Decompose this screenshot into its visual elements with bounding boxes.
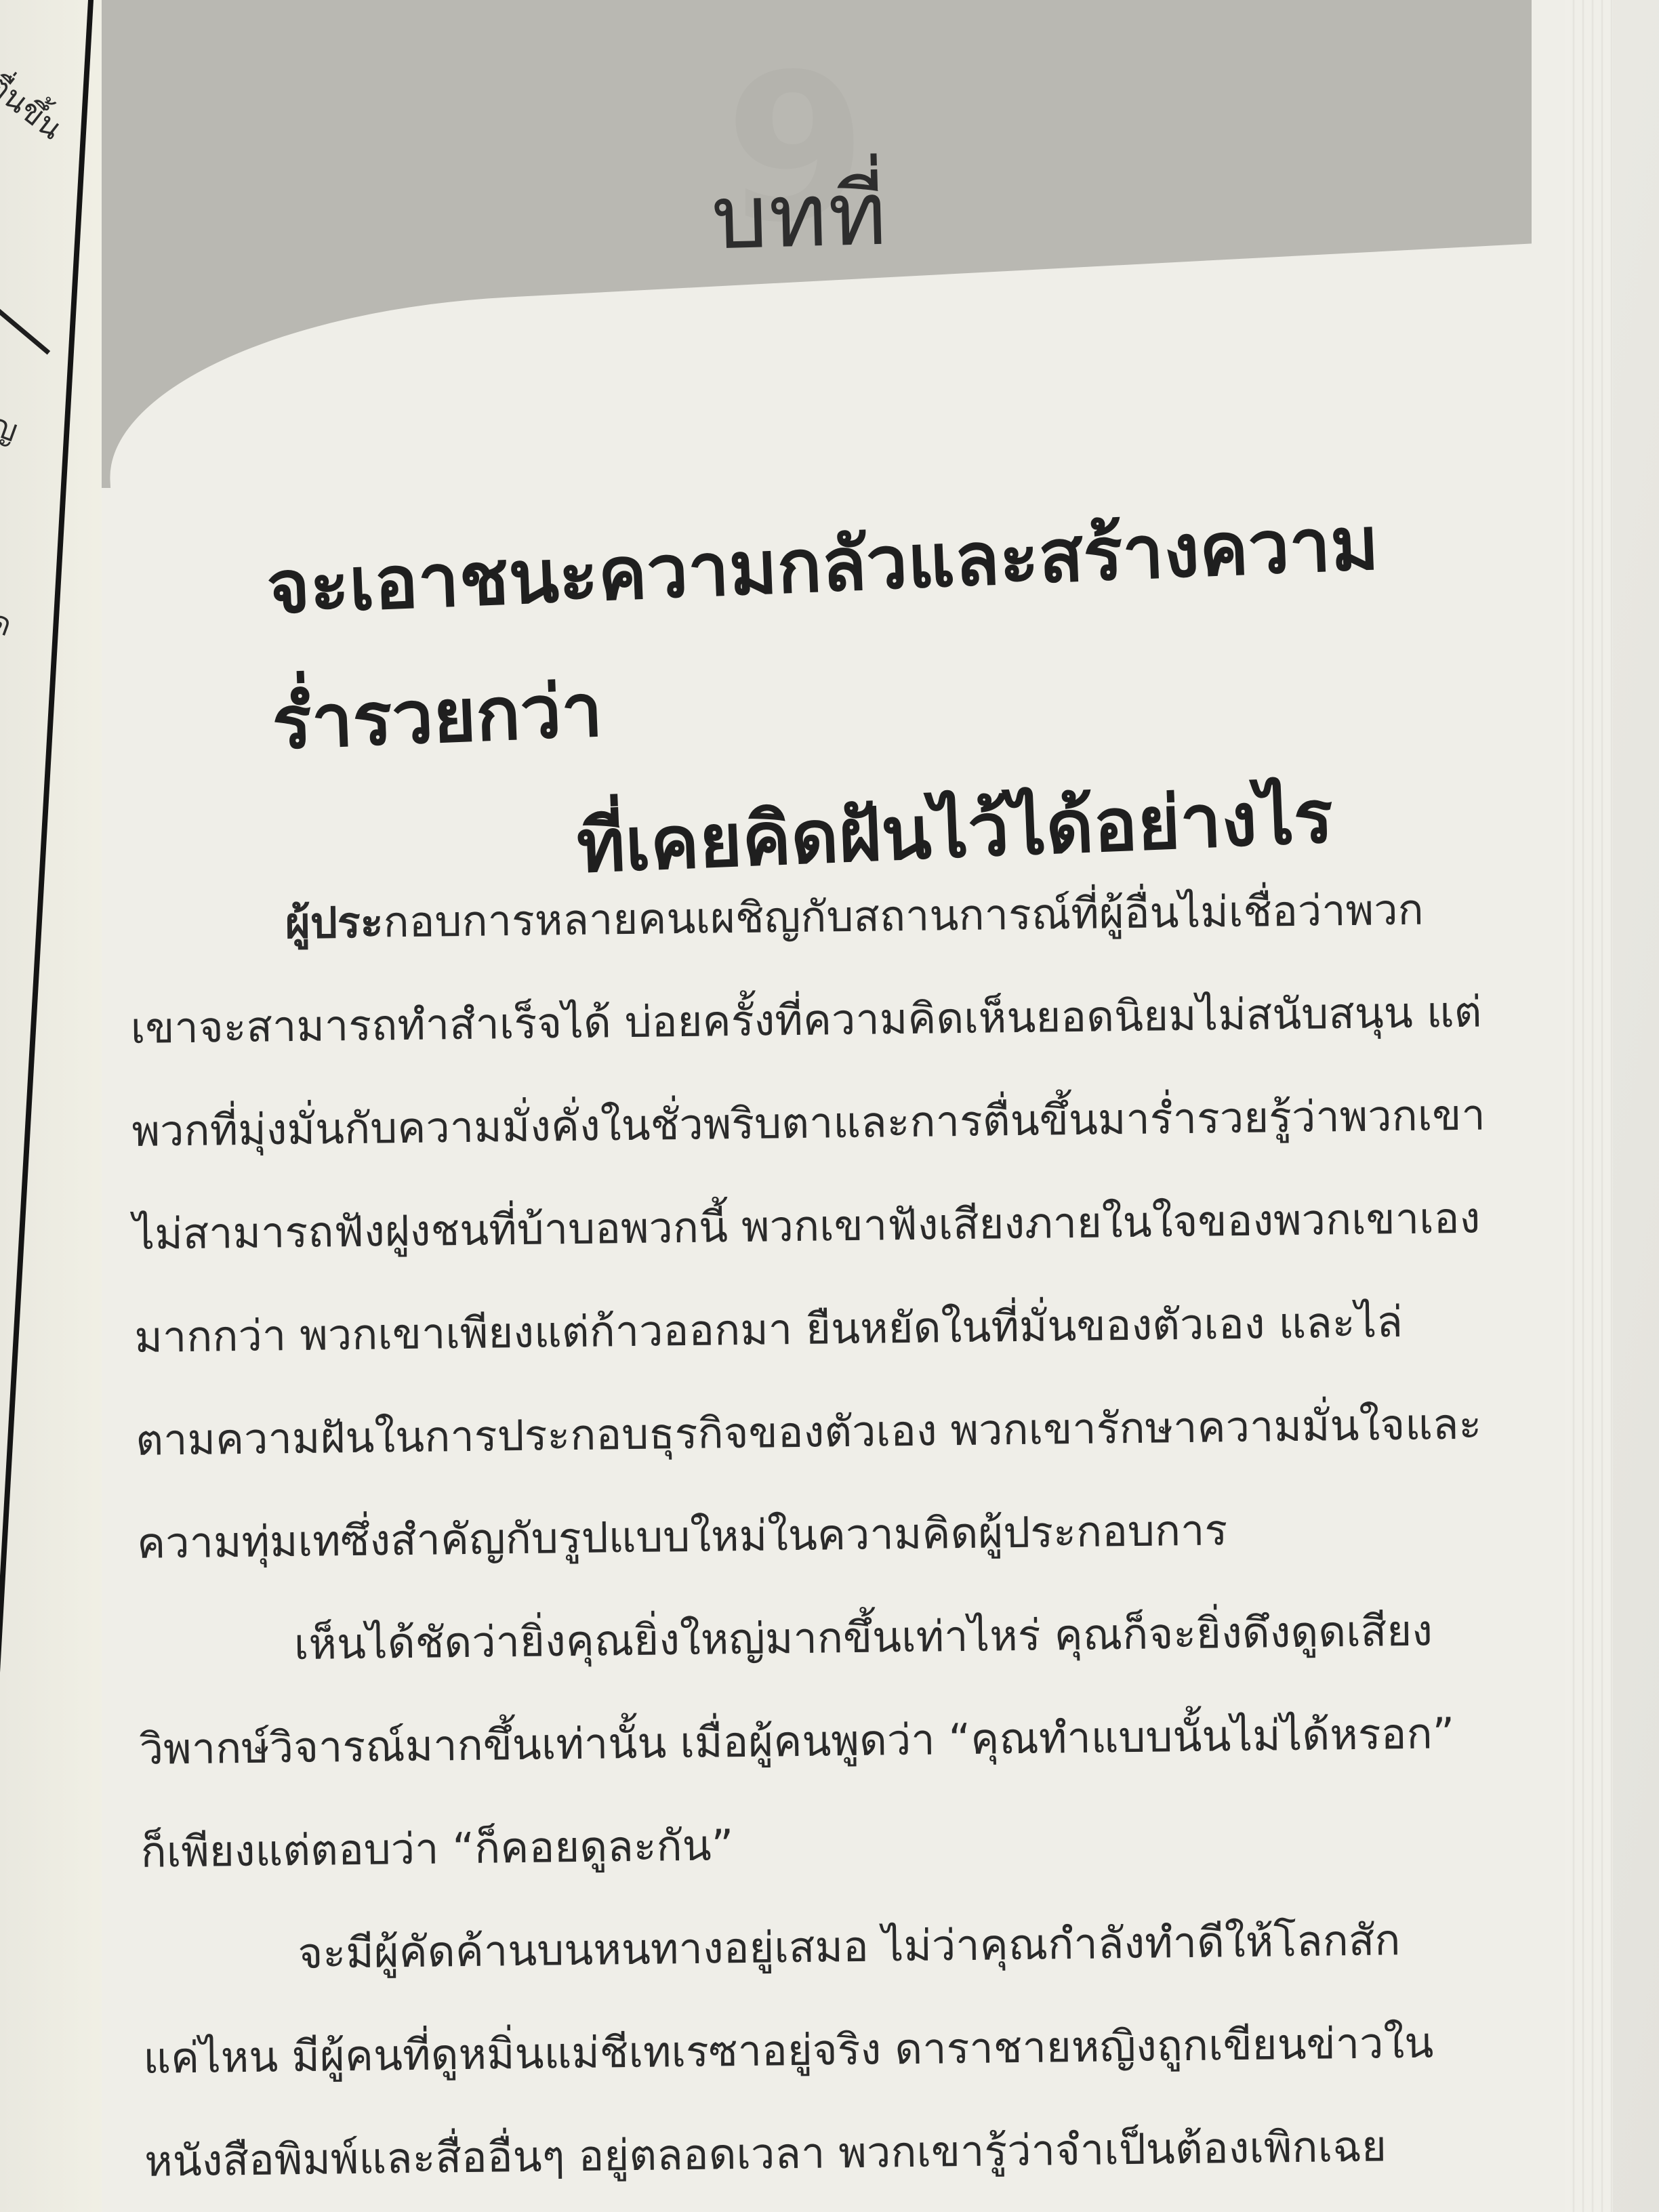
book-photo: ตื่นขึ้น ญ ด 9 บทที่ จะเอาชนะความกลัวและ… <box>0 0 1659 2212</box>
text-run: กอบการหลายคนเผชิญกับสถานการณ์ที่ผู้อื่นไ… <box>383 885 1424 947</box>
page-stack-edge <box>1565 0 1613 2212</box>
paragraph-1: ผู้ประกอบการหลายคนเผชิญกับสถานการณ์ที่ผู… <box>129 857 1534 1595</box>
text-line: เขาจะสามารถทำสำเร็จได้ บ่อยครั้งที่ความค… <box>130 960 1528 1080</box>
book-page: 9 บทที่ จะเอาชนะความกลัวและสร้างความร่ำร… <box>102 0 1613 2212</box>
chapter-title-line-1: จะเอาชนะความกลัวและสร้างความร่ำรวยกว่า <box>190 469 1555 794</box>
left-page-fragment: ตื่นขึ้น <box>0 61 73 152</box>
text-line: พวกที่มุ่งมั่นกับความมั่งคั่งในชั่วพริบต… <box>131 1063 1529 1183</box>
text-line: วิพากษ์วิจารณ์มากขึ้นเท่านั้น เมื่อผู้คน… <box>139 1681 1536 1801</box>
paragraph-2: เห็นได้ชัดว่ายิ่งคุณยิ่งใหญ่มากขึ้นเท่าไ… <box>138 1578 1537 1904</box>
text-line: ไม่สามารถฟังฝูงชนที่บ้าบอพวกนี้ พวกเขาฟั… <box>133 1166 1530 1286</box>
text-line: เห็นได้ชัดว่ายิ่งคุณยิ่งใหญ่มากขึ้นเท่าไ… <box>138 1578 1535 1698</box>
text-line: แค่ไหน มีผู้คนที่ดูหมิ่นแม่ชีเทเรซาอยู่จ… <box>142 1990 1540 2110</box>
left-page-fragment: ญ <box>0 400 25 455</box>
text-line: ผู้ประกอบการหลายคนเผชิญกับสถานการณ์ที่ผู… <box>129 857 1526 977</box>
paragraph-3: จะมีผู้คัดค้านบนหนทางอยู่เสมอ ไม่ว่าคุณก… <box>142 1887 1541 2212</box>
left-page-rule <box>0 299 50 354</box>
body-text: ผู้ประกอบการหลายคนเผชิญกับสถานการณ์ที่ผู… <box>129 857 1541 2212</box>
text-line: ตามความฝันในการประกอบธุรกิจของตัวเอง พวก… <box>135 1372 1532 1492</box>
left-page-fragment: ด <box>0 596 19 650</box>
paragraph-lead-bold: ผู้ประ <box>285 897 383 948</box>
text-line: มากกว่า พวกเขาเพียงแต่ก้าวออกมา ยืนหยัดใ… <box>134 1269 1531 1389</box>
text-line: ความทุ่มเทซึ่งสำคัญกับรูปแบบใหม่ในความคิ… <box>136 1475 1534 1595</box>
text-line: หนังสือพิมพ์และสื่ออื่นๆ อยู่ตลอดเวลา พว… <box>144 2093 1541 2212</box>
chapter-label: บทที่ <box>710 144 889 288</box>
text-line: จะมีผู้คัดค้านบนหนทางอยู่เสมอ ไม่ว่าคุณก… <box>142 1887 1539 2007</box>
text-line: ก็เพียงแต่ตอบว่า “ก็คอยดูละกัน” <box>140 1784 1538 1904</box>
